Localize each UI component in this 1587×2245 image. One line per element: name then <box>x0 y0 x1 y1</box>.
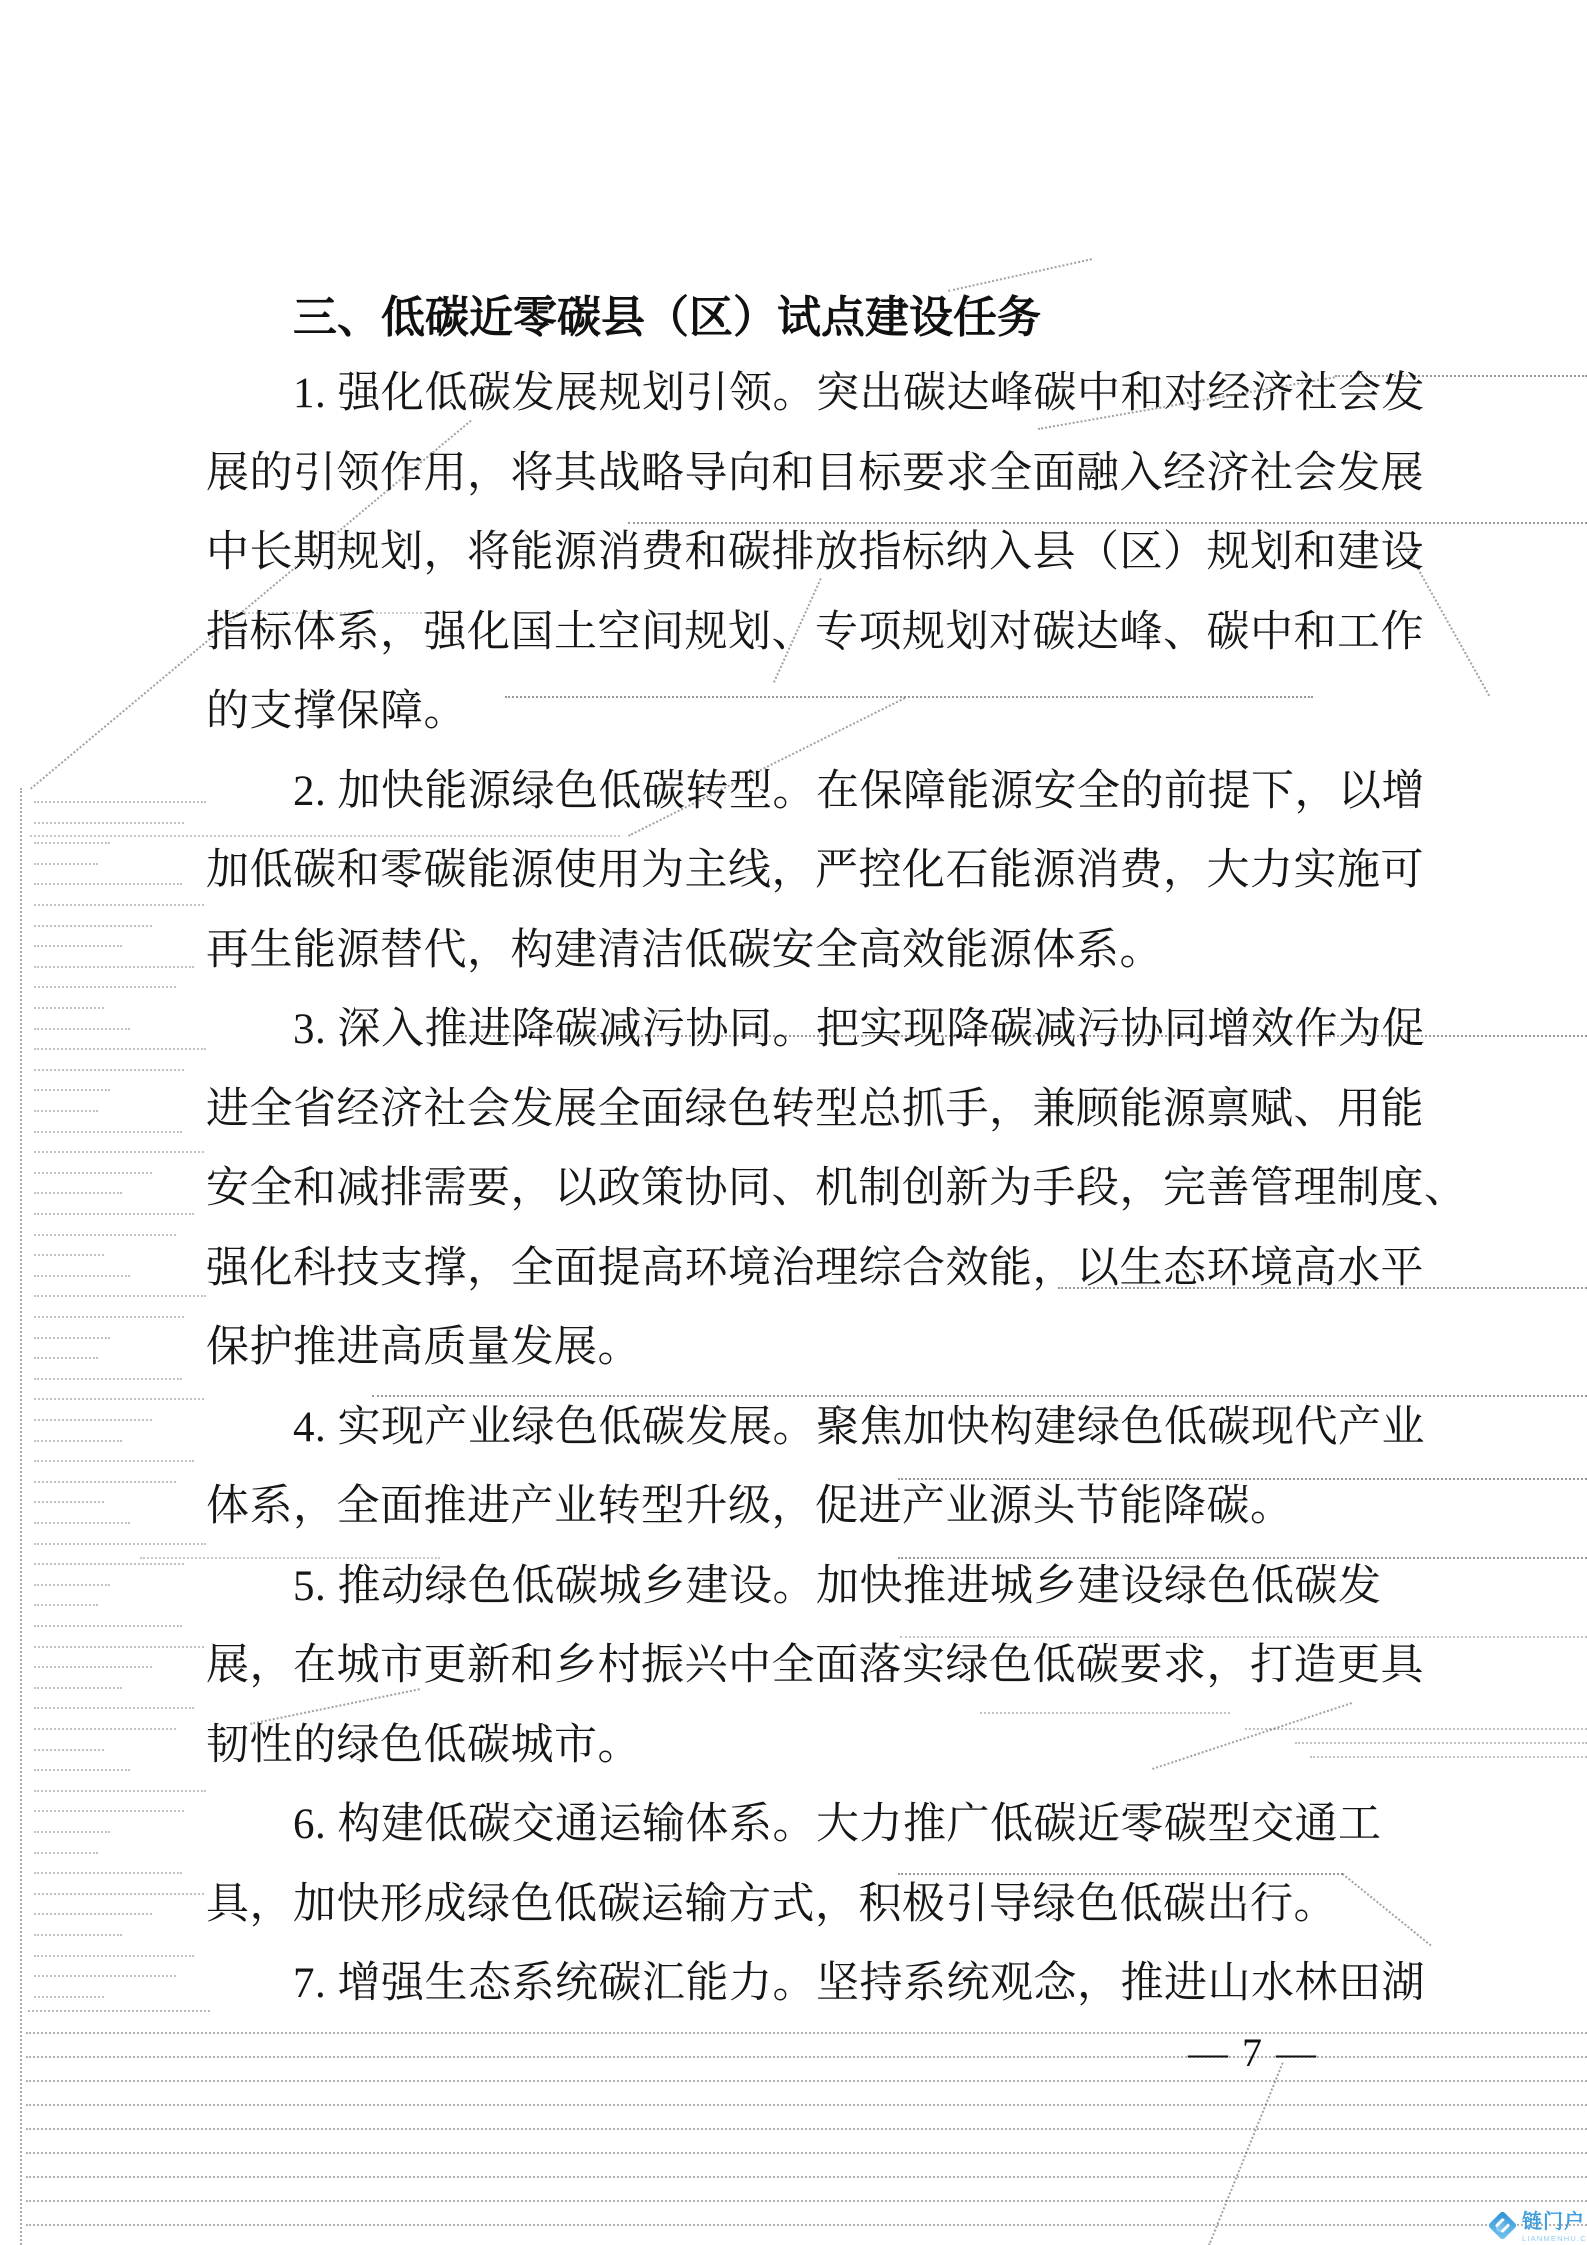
text-line: 强化科技支撑，全面提高环境治理综合效能，以生态环境高水平 <box>206 1229 1536 1309</box>
text-line: 3. 深入推进降碳减污协同。把实现降碳减污协同增效作为促 <box>206 990 1536 1070</box>
text-line: 韧性的绿色低碳城市。 <box>206 1706 1536 1786</box>
text-line: 安全和减排需要，以政策协同、机制创新为手段，完善管理制度、 <box>206 1149 1536 1229</box>
document-page: 三、低碳近零碳县（区）试点建设任务 1. 强化低碳发展规划引领。突出碳达峰碳中和… <box>0 0 1587 2245</box>
text-line: 5. 推动绿色低碳城乡建设。加快推进城乡建设绿色低碳发 <box>206 1547 1536 1627</box>
text-line: 保护推进高质量发展。 <box>206 1308 1536 1388</box>
text-line: 中长期规划，将能源消费和碳排放指标纳入县（区）规划和建设 <box>206 513 1536 593</box>
text-line: 体系，全面推进产业转型升级，促进产业源头节能降碳。 <box>206 1467 1536 1547</box>
page-number: — 7 — <box>1138 2030 1368 2076</box>
document-body: 1. 强化低碳发展规划引领。突出碳达峰碳中和对经济社会发展的引领作用，将其战略导… <box>206 354 1536 2024</box>
text-line: 7. 增强生态系统碳汇能力。坚持系统观念，推进山水林田湖 <box>206 1944 1536 2024</box>
text-line: 6. 构建低碳交通运输体系。大力推广低碳近零碳型交通工 <box>206 1785 1536 1865</box>
diamond-logo-icon <box>1488 2211 1518 2241</box>
logo-name-text: 链门户 <box>1522 2212 1587 2233</box>
logo-text-group: 链门户 LIANMENHU.COM <box>1522 2212 1587 2243</box>
text-line: 2. 加快能源绿色低碳转型。在保障能源安全的前提下，以增 <box>206 752 1536 832</box>
text-line: 展的引领作用，将其战略导向和目标要求全面融入经济社会发展 <box>206 434 1536 514</box>
section-heading: 三、低碳近零碳县（区）试点建设任务 <box>293 288 1041 348</box>
text-line: 4. 实现产业绿色低碳发展。聚焦加快构建绿色低碳现代产业 <box>206 1388 1536 1468</box>
text-line: 1. 强化低碳发展规划引领。突出碳达峰碳中和对经济社会发 <box>206 354 1536 434</box>
text-line: 再生能源替代，构建清洁低碳安全高效能源体系。 <box>206 911 1536 991</box>
text-line: 展，在城市更新和乡村振兴中全面落实绿色低碳要求，打造更具 <box>206 1626 1536 1706</box>
text-line: 指标体系，强化国土空间规划、专项规划对碳达峰、碳中和工作 <box>206 593 1536 673</box>
logo-domain-text: LIANMENHU.COM <box>1522 2234 1587 2243</box>
text-line: 进全省经济社会发展全面绿色转型总抓手，兼顾能源禀赋、用能 <box>206 1070 1536 1150</box>
text-line: 具，加快形成绿色低碳运输方式，积极引导绿色低碳出行。 <box>206 1865 1536 1945</box>
text-line: 的支撑保障。 <box>206 672 1536 752</box>
watermark-logo: 链门户 LIANMENHU.COM <box>1492 2212 1587 2243</box>
text-line: 加低碳和零碳能源使用为主线，严控化石能源消费，大力实施可 <box>206 831 1536 911</box>
